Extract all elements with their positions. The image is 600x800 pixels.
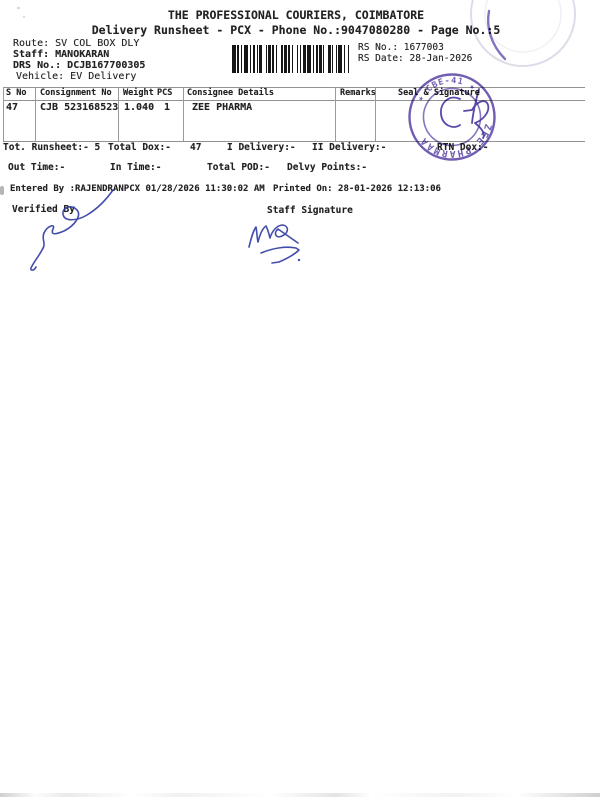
col-header-pcs: PCS <box>157 89 172 99</box>
table-border-left <box>3 87 4 141</box>
in-time: In Time:- <box>110 163 161 174</box>
scan-speck-left-edge <box>0 186 4 195</box>
row-consignee: ZEE PHARMA <box>192 102 252 114</box>
total-runsheet: Tot. Runsheet:- 5 <box>3 143 100 154</box>
row-pcs: 1 <box>164 102 170 114</box>
scan-bottom-edge <box>0 793 600 797</box>
col-header-weight: Weight <box>123 89 154 99</box>
table-border-col1 <box>35 87 36 141</box>
row-s-no: 47 <box>6 102 18 114</box>
col-header-consignee-details: Consignee Details <box>187 89 274 99</box>
table-border-col3 <box>183 87 184 141</box>
i-delivery: I Delivery:- <box>227 143 296 154</box>
signatures-layer <box>0 0 600 800</box>
scan-speck <box>23 16 25 18</box>
col-header-s-no: S No <box>6 89 26 99</box>
vehicle-line: Vehicle: EV Delivery <box>16 71 136 83</box>
total-pod: Total POD:- <box>207 163 270 174</box>
col-header-remarks: Remarks <box>340 89 376 99</box>
delvy-points: Delvy Points:- <box>287 163 367 174</box>
col-header-consignment-no: Consignment No <box>40 89 112 99</box>
verified-by-label: Verified By <box>12 205 75 216</box>
printed-on-line: Printed On: 28-01-2026 12:13:06 <box>273 184 441 194</box>
consignee-stamp: ZEE PHARMAA ★ CBE-41 ★ <box>402 67 502 167</box>
verified-by-signature <box>31 190 113 270</box>
drs-no-line: DRS No.: DCJB167700305 <box>13 60 145 72</box>
entered-by-line: Entered By :RAJENDRANPCX 01/28/2026 11:3… <box>10 184 265 194</box>
row-weight: 1.040 <box>124 102 154 114</box>
ii-delivery: II Delivery:- <box>312 143 386 154</box>
table-border-col2 <box>118 87 119 141</box>
out-time: Out Time:- <box>8 163 65 174</box>
row-consignment-no: CJB 523168523 <box>40 102 118 114</box>
staff-line: Staff: MANOKARAN <box>13 49 109 61</box>
staff-signature-drawing <box>249 225 300 263</box>
route-line: Route: SV COL BOX DLY <box>13 38 139 50</box>
total-dox-value: 47 <box>190 143 201 154</box>
barcode <box>232 45 352 73</box>
delivery-runsheet-document: THE PROFESSIONAL COURIERS, COIMBATORE De… <box>0 0 600 800</box>
table-border-col4 <box>335 87 336 141</box>
staff-signature-label: Staff Signature <box>267 206 353 217</box>
total-dox-label: Total Dox:- <box>108 143 171 154</box>
scan-speck <box>17 7 20 9</box>
